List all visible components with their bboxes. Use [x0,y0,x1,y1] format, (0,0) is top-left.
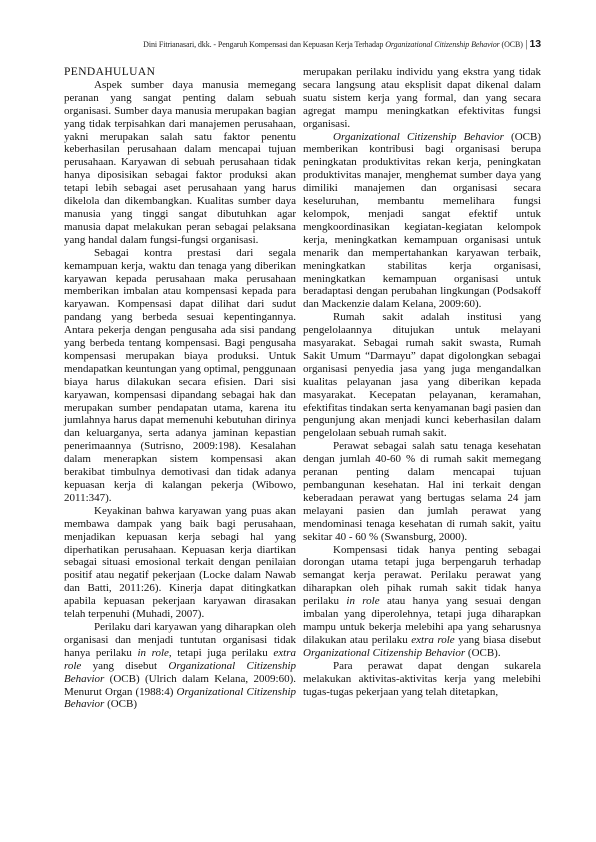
text-segment: , tetapi juga perilaku [169,647,273,659]
italic-text-segment: extra role [411,634,454,646]
paragraph: Keyakinan bahwa karyawan yang puas akan … [64,505,296,621]
italic-text-segment: Organizational Citizenship Behavior [303,647,465,659]
text-segment: Rumah sakit adalah institusi yang pengel… [303,311,541,439]
page-number: 13 [530,38,541,50]
paragraph: merupakan perilaku individu yang ekstra … [303,66,541,131]
text-segment: (OCB) memberikan kontribusi bagi organis… [303,131,541,311]
scanned-paper-page: Dini Fitrianasari, dkk. - Pengaruh Kompe… [0,0,596,842]
paragraph: Organizational Citizenship Behavior (OCB… [303,131,541,312]
paragraph: Perilaku dari karyawan yang diharapkan o… [64,621,296,711]
paragraph: Para perawat dapat dengan sukarela melak… [303,660,541,699]
paragraph: Aspek sumber daya manusia memegang peran… [64,79,296,247]
text-segment: Perawat sebagai salah satu tenaga keseha… [303,440,541,542]
left-column: PENDAHULUAN Aspek sumber daya manusia me… [64,66,296,711]
text-segment: Para perawat dapat dengan sukarela melak… [303,660,541,698]
text-segment: Sebagai kontra prestasi dari segala kema… [64,247,296,504]
text-segment: (OCB). [465,647,500,659]
paragraph: Perawat sebagai salah satu tenaga keseha… [303,440,541,543]
section-heading: PENDAHULUAN [64,66,296,79]
paragraph: Kompensasi tidak hanya penting sebagai d… [303,544,541,660]
text-segment: Keyakinan bahwa karyawan yang puas akan … [64,505,296,620]
left-column-paragraphs: Aspek sumber daya manusia memegang peran… [64,79,296,711]
text-segment: Aspek sumber daya manusia memegang peran… [64,79,296,246]
text-segment: (OCB) [104,698,137,710]
text-segment: yang biasa disebut [455,634,541,646]
header-title-suffix: (OCB) [500,40,523,49]
right-column: merupakan perilaku individu yang ekstra … [303,66,541,698]
italic-text-segment: Organizational Citizenship Behavior [333,131,504,143]
text-segment: yang disebut [81,660,168,672]
right-column-paragraphs: merupakan perilaku individu yang ekstra … [303,66,541,698]
header-separator: | [523,39,530,50]
text-segment: merupakan perilaku individu yang ekstra … [303,66,541,130]
running-header: Dini Fitrianasari, dkk. - Pengaruh Kompe… [64,38,541,50]
paragraph: Sebagai kontra prestasi dari segala kema… [64,247,296,505]
header-author-title-text: Dini Fitrianasari, dkk. - Pengaruh Kompe… [143,40,385,49]
italic-text-segment: in role [137,647,168,659]
italic-text-segment: in role [346,595,379,607]
header-italic-journal-title: Organizational Citizenship Behavior [385,40,499,49]
paragraph: Rumah sakit adalah institusi yang pengel… [303,311,541,440]
